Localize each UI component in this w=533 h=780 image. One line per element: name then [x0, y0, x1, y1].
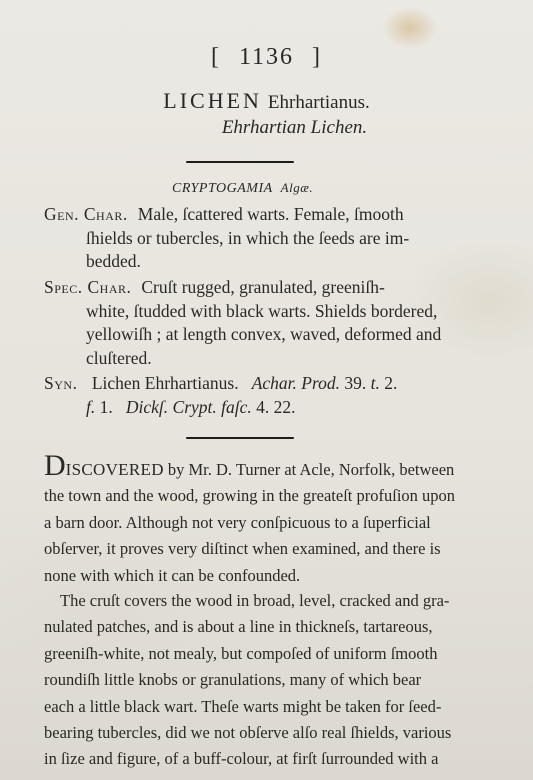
syn-reference-page-2: 4. 22. [256, 397, 295, 417]
order-name: Algæ. [281, 180, 313, 195]
divider-rule-bottom [186, 437, 294, 439]
classification-line: CRYPTOGAMIAAlgæ. [172, 180, 313, 197]
gen-char-label: Gen. Char. [44, 204, 128, 224]
spec-char-line: Cruſt rugged, granulated, greeniſh- [141, 277, 384, 297]
syn-label: Syn. [44, 373, 77, 393]
specific-character-entry: Spec. Char.Cruſt rugged, granulated, gre… [44, 276, 474, 370]
genus-name: LICHEN [163, 88, 262, 113]
syn-reference-title: Achar. Prod. [252, 373, 340, 393]
drop-cap: D [44, 449, 66, 482]
paragraph-line: by Mr. D. Turner at Acle, Norfolk, betwe… [164, 460, 455, 479]
paragraph-description: The cruſt covers the wood in broad, leve… [44, 588, 474, 773]
opening-word: ISCOVERED [66, 460, 164, 479]
class-name: CRYPTOGAMIA [172, 181, 273, 196]
syn-name: Lichen Ehrhartianus. [92, 373, 239, 393]
spec-char-label: Spec. Char. [44, 277, 131, 297]
spec-char-line: yellowiſh ; at length convex, waved, def… [44, 323, 474, 347]
page-number: [1136] [0, 44, 533, 71]
paragraph-line: nulated patches, and is about a line in … [44, 614, 474, 640]
page-number-open-bracket: [ [211, 44, 221, 71]
syn-reference-fig-num: 1. [100, 397, 113, 417]
syn-reference-page: 39. [344, 373, 366, 393]
synonym-entry: Syn. Lichen Ehrhartianus. Achar. Prod. 3… [44, 372, 474, 419]
paragraph-discovery: DISCOVERED by Mr. D. Turner at Acle, Nor… [44, 456, 474, 589]
paragraph-line: a barn door. Although not very conſpicuo… [44, 510, 474, 536]
gen-char-line: ſhields or tubercles, in which the ſeeds… [44, 227, 474, 251]
syn-reference-title-2: Dickſ. Crypt. faſc. [126, 397, 252, 417]
paragraph-line: in ſize and figure, of a buff-colour, at… [44, 746, 474, 772]
page-number-value: 1136 [239, 44, 294, 70]
syn-reference-tab-num: 2. [384, 373, 397, 393]
paragraph-line: obſerver, it proves very diſtinct when e… [44, 536, 474, 562]
species-epithet: Ehrhartianus. [268, 92, 370, 113]
generic-character-entry: Gen. Char.Male, ſcattered warts. Female,… [44, 203, 474, 274]
paragraph-line: greeniſh-white, not mealy, but compoſed … [44, 641, 474, 667]
syn-reference-fig: f. [86, 397, 95, 417]
gen-char-line: bedded. [44, 250, 474, 274]
paragraph-line: roundiſh little knobs or granulations, m… [44, 667, 474, 693]
paragraph-line: none with which it can be confounded. [44, 563, 474, 589]
gen-char-line: Male, ſcattered warts. Female, ſmooth [138, 204, 404, 224]
spec-char-line: white, ſtudded with black warts. Shields… [44, 300, 474, 324]
spec-char-line: cluſtered. [44, 347, 474, 371]
syn-reference-tab: t. [371, 373, 380, 393]
paragraph-line: each a little black wart. Theſe warts mi… [44, 694, 474, 720]
paragraph-line: the town and the wood, growing in the gr… [44, 483, 474, 509]
page-number-close-bracket: ] [312, 44, 322, 71]
common-name: Ehrhartian Lichen. [0, 117, 533, 139]
divider-rule-top [186, 161, 294, 163]
paragraph-line: bearing tubercles, did we not obſerve al… [44, 720, 474, 746]
species-title: LICHENEhrhartianus. [0, 88, 533, 114]
paragraph-line: The cruſt covers the wood in broad, leve… [44, 588, 474, 614]
